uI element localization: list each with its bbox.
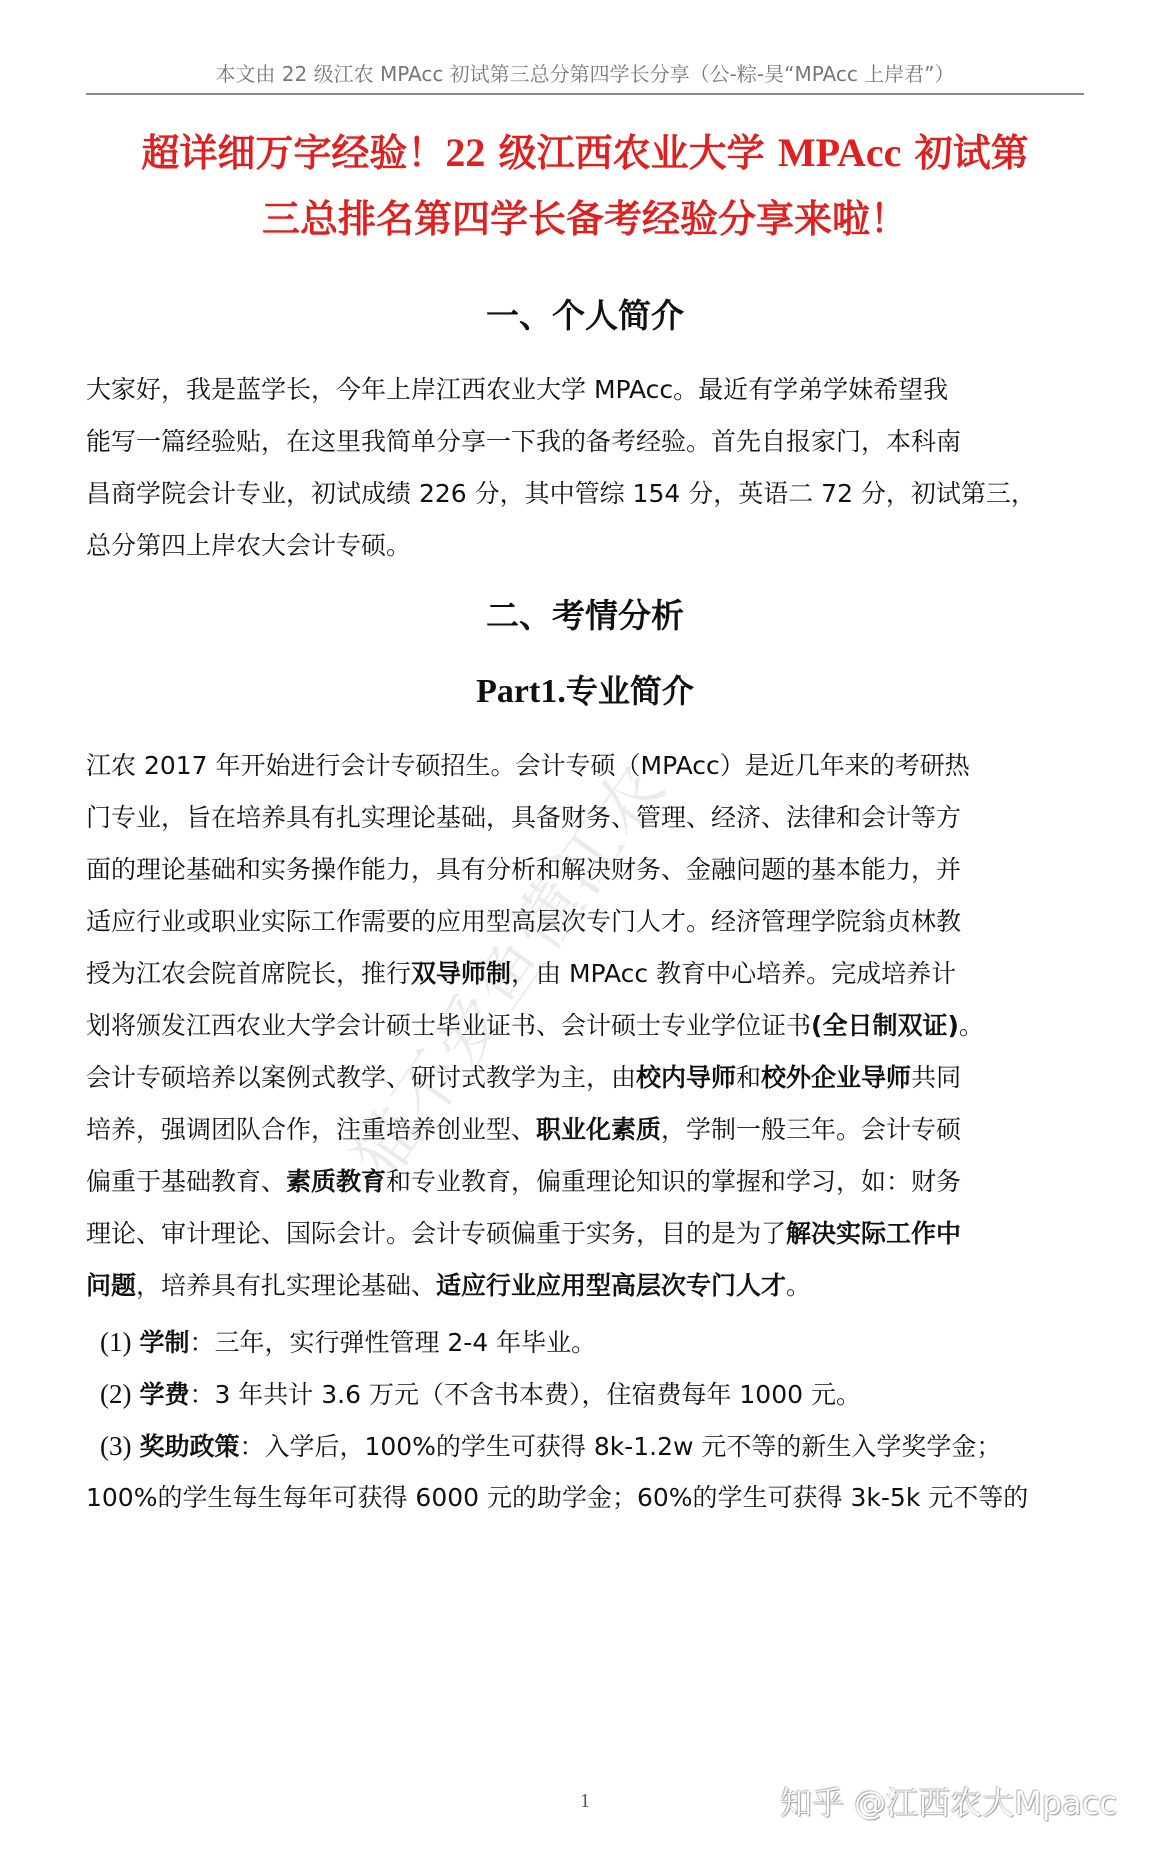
title-mpacc: MPAcc [778,130,902,175]
list-text: ：3 年共计 3.6 万元（不含书本费），住宿费每年 1000 元。 [189,1380,861,1409]
paragraph-line: 会计专硕培养以案例式教学、研讨式教学为主，由校内导师和校外企业导师共同 [86,1052,1086,1104]
paragraph-line: 问题，培养具有扎实理论基础、适应行业应用型高层次专门人才。 [86,1260,1086,1312]
list-item-tuition: (2) 学费：3 年共计 3.6 万元（不含书本费），住宿费每年 1000 元。 [86,1368,1086,1420]
program-facts-list: (1) 学制：三年，实行弹性管理 2-4 年毕业。 (2) 学费：3 年共计 3… [86,1316,1086,1524]
emphasis-dual-mentor: 双导师制 [411,959,511,988]
text-run: 培养，强调团队合作，注重培养创业型、 [86,1115,536,1144]
part1-heading: Part1.专业简介 [86,666,1084,712]
running-header: 本文由 22 级江农 MPAcc 初试第三总分第四学长分享（公-粽-昊“MPAc… [86,58,1084,87]
document-title-line-2: 三总排名第四学长备考经验分享来啦！ [86,188,1084,243]
text-run: 。 [786,1271,811,1300]
text-run: 偏重于基础教育、 [86,1167,286,1196]
text-run: 。 [959,1011,984,1040]
program-intro-paragraph: 江农 2017 年开始进行会计专硕招生。会计专硕（MPAcc）是近几年来的考研热… [86,740,1086,1052]
intro-line: 昌商学院会计专业，初试成绩 226 分，其中管综 154 分，英语二 72 分，… [86,468,1086,520]
paragraph-line: 偏重于基础教育、素质教育和专业教育，偏重理论知识的掌握和学习，如：财务 [86,1156,1086,1208]
paragraph-line: 授为江农会院首席院长，推行双导师制，由 MPAcc 教育中心培养。完成培养计 [86,948,1086,1000]
emphasis: 适应行业应用型高层次专门人才 [436,1271,786,1300]
text-run: 和 [736,1063,761,1092]
intro-line: 总分第四上岸农大会计专硕。 [86,520,1086,572]
list-marker: (2) [100,1379,131,1409]
paragraph-line: 江农 2017 年开始进行会计专硕招生。会计专硕（MPAcc）是近几年来的考研热 [86,740,1086,792]
emphasis: 素质教育 [286,1167,386,1196]
list-label: 奖助政策 [139,1432,239,1461]
intro-paragraph: 大家好，我是蓝学长，今年上岸江西农业大学 MPAcc。最近有学弟学妹希望我 能写… [86,364,1086,572]
section-heading-analysis: 二、考情分析 [86,590,1084,637]
zhihu-watermark: 知乎 @江西农大Mpacc [780,1778,1117,1824]
paragraph-line: 门专业，旨在培养具有扎实理论基础，具备财务、管理、经济、法律和会计等方 [86,792,1086,844]
list-label: 学费 [139,1380,189,1409]
paragraph-line: 面的理论基础和实务操作能力，具有分析和解决财务、金融问题的基本能力，并 [86,844,1086,896]
title-number: 22 [445,130,485,175]
text-run: 划将颁发江西农业大学会计硕士毕业证书、会计硕士专业学位证书 [86,1011,811,1040]
list-item-duration: (1) 学制：三年，实行弹性管理 2-4 年毕业。 [86,1316,1086,1368]
paragraph-line: 划将颁发江西农业大学会计硕士毕业证书、会计硕士专业学位证书(全日制双证)。 [86,1000,1086,1052]
text-run: ，培养具有扎实理论基础、 [136,1271,436,1300]
intro-line: 能写一篇经验贴，在这里我简单分享一下我的备考经验。首先自报家门，本科南 [86,416,1086,468]
text-run: 理论、审计理论、国际会计。会计专硕偏重于实务，目的是为了 [86,1219,786,1248]
list-text: ：入学后，100%的学生可获得 8k-1.2w 元不等的新生入学奖学金； [239,1432,1001,1461]
list-label: 学制 [139,1328,189,1357]
training-paragraph: 会计专硕培养以案例式教学、研讨式教学为主，由校内导师和校外企业导师共同 培养，强… [86,1052,1086,1312]
text-run: 和专业教育，偏重理论知识的掌握和学习，如：财务 [386,1167,961,1196]
intro-line: 大家好，我是蓝学长，今年上岸江西农业大学 MPAcc。最近有学弟学妹希望我 [86,364,1086,416]
text-run: 共同 [911,1063,961,1092]
paragraph-line: 培养，强调团队合作，注重培养创业型、职业化素质，学制一般三年。会计专硕 [86,1104,1086,1156]
emphasis: 问题 [86,1271,136,1300]
list-continuation: 100%的学生每生每年可获得 6000 元的助学金；60%的学生可获得 3k-5… [86,1472,1086,1524]
section-heading-intro: 一、个人简介 [86,290,1084,337]
emphasis-full-time-dual-cert: (全日制双证) [811,1011,959,1040]
emphasis: 校外企业导师 [761,1063,911,1092]
document-title-line-1: 超详细万字经验！22 级江西农业大学 MPAcc 初试第 [86,122,1084,177]
text-run: 会计专硕培养以案例式教学、研讨式教学为主，由 [86,1063,636,1092]
title-suffix: 初试第 [901,131,1028,175]
list-marker: (3) [100,1431,131,1461]
paragraph-line: 适应行业或职业实际工作需要的应用型高层次专门人才。经济管理学院翁贞林教 [86,896,1086,948]
list-item-scholarship: (3) 奖助政策：入学后，100%的学生可获得 8k-1.2w 元不等的新生入学… [86,1420,1086,1472]
text-run: 授为江农会院首席院长，推行 [86,959,411,988]
header-divider [86,93,1084,95]
part1-label: Part1. [476,673,566,710]
title-prefix: 超详细万字经验！ [141,131,445,175]
list-text: ：三年，实行弹性管理 2-4 年毕业。 [189,1328,596,1357]
emphasis: 校内导师 [636,1063,736,1092]
part1-title: 专业简介 [566,672,694,710]
emphasis: 解决实际工作中 [786,1219,961,1248]
list-marker: (1) [100,1327,131,1357]
text-run: ，学制一般三年。会计专硕 [661,1115,961,1144]
emphasis: 职业化素质 [536,1115,661,1144]
text-run: ，由 MPAcc 教育中心培养。完成培养计 [511,959,956,988]
paragraph-line: 理论、审计理论、国际会计。会计专硕偏重于实务，目的是为了解决实际工作中 [86,1208,1086,1260]
title-mid: 级江西农业大学 [485,131,777,175]
